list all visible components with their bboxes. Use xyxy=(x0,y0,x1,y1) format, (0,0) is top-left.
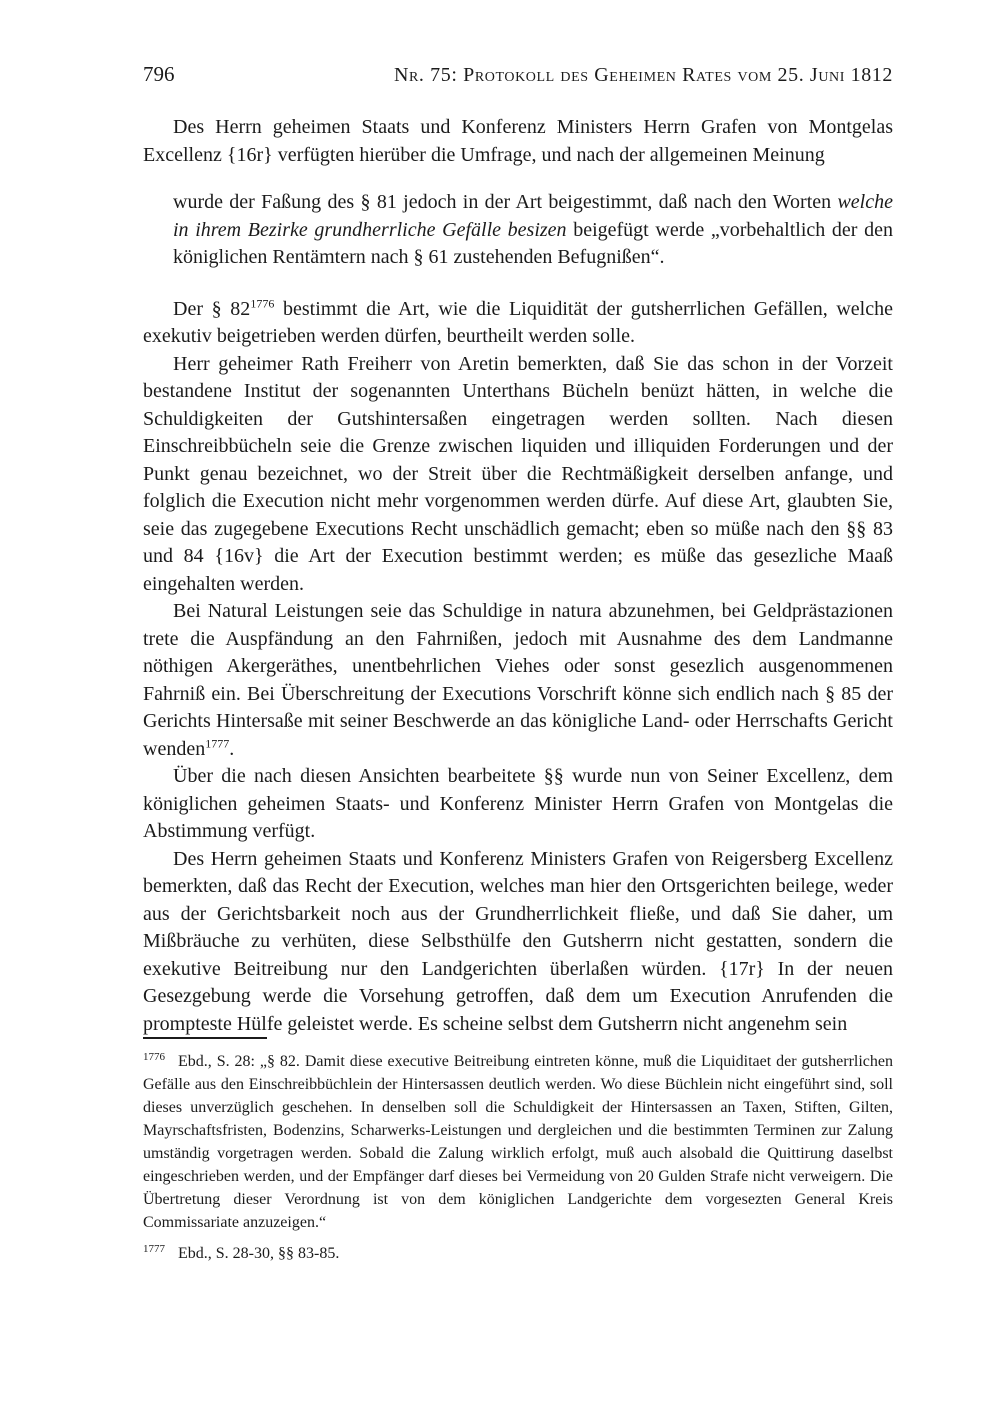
paragraph-aretin: Herr geheimer Rath Freiherr von Aretin b… xyxy=(143,351,893,599)
paragraph-montgelas-umfrage: Des Herrn geheimen Staats und Konferenz … xyxy=(143,114,893,169)
paragraph-82: Der § 821776 bestimmt die Art, wie die L… xyxy=(143,296,893,351)
paragraph-abstimmung: Über die nach diesen Ansichten bearbeite… xyxy=(143,763,893,846)
page-header: 796 Nr. 75: Protokoll des Geheimen Rates… xyxy=(143,62,893,87)
footnote-section: 1776Ebd., S. 28: „§ 82. Damit diese exec… xyxy=(143,1037,893,1265)
footnote-1776: 1776Ebd., S. 28: „§ 82. Damit diese exec… xyxy=(143,1050,893,1234)
page-number: 796 xyxy=(143,62,175,87)
footnote-1777: 1777Ebd., S. 28-30, §§ 83-85. xyxy=(143,1242,893,1265)
footnote-separator-rule xyxy=(143,1037,267,1039)
book-page: 796 Nr. 75: Protokoll des Geheimen Rates… xyxy=(0,0,1004,1418)
block-quote-paragraph-81: wurde der Faßung des § 81 jedoch in der … xyxy=(173,189,893,272)
body-text: Des Herrn geheimen Staats und Konferenz … xyxy=(143,114,893,1038)
paragraph-natural-leistungen: Bei Natural Leistungen seie das Schuldig… xyxy=(143,598,893,763)
paragraph-reigersberg: Des Herrn geheimen Staats und Konferenz … xyxy=(143,846,893,1039)
running-head: Nr. 75: Protokoll des Geheimen Rates vom… xyxy=(394,64,893,87)
